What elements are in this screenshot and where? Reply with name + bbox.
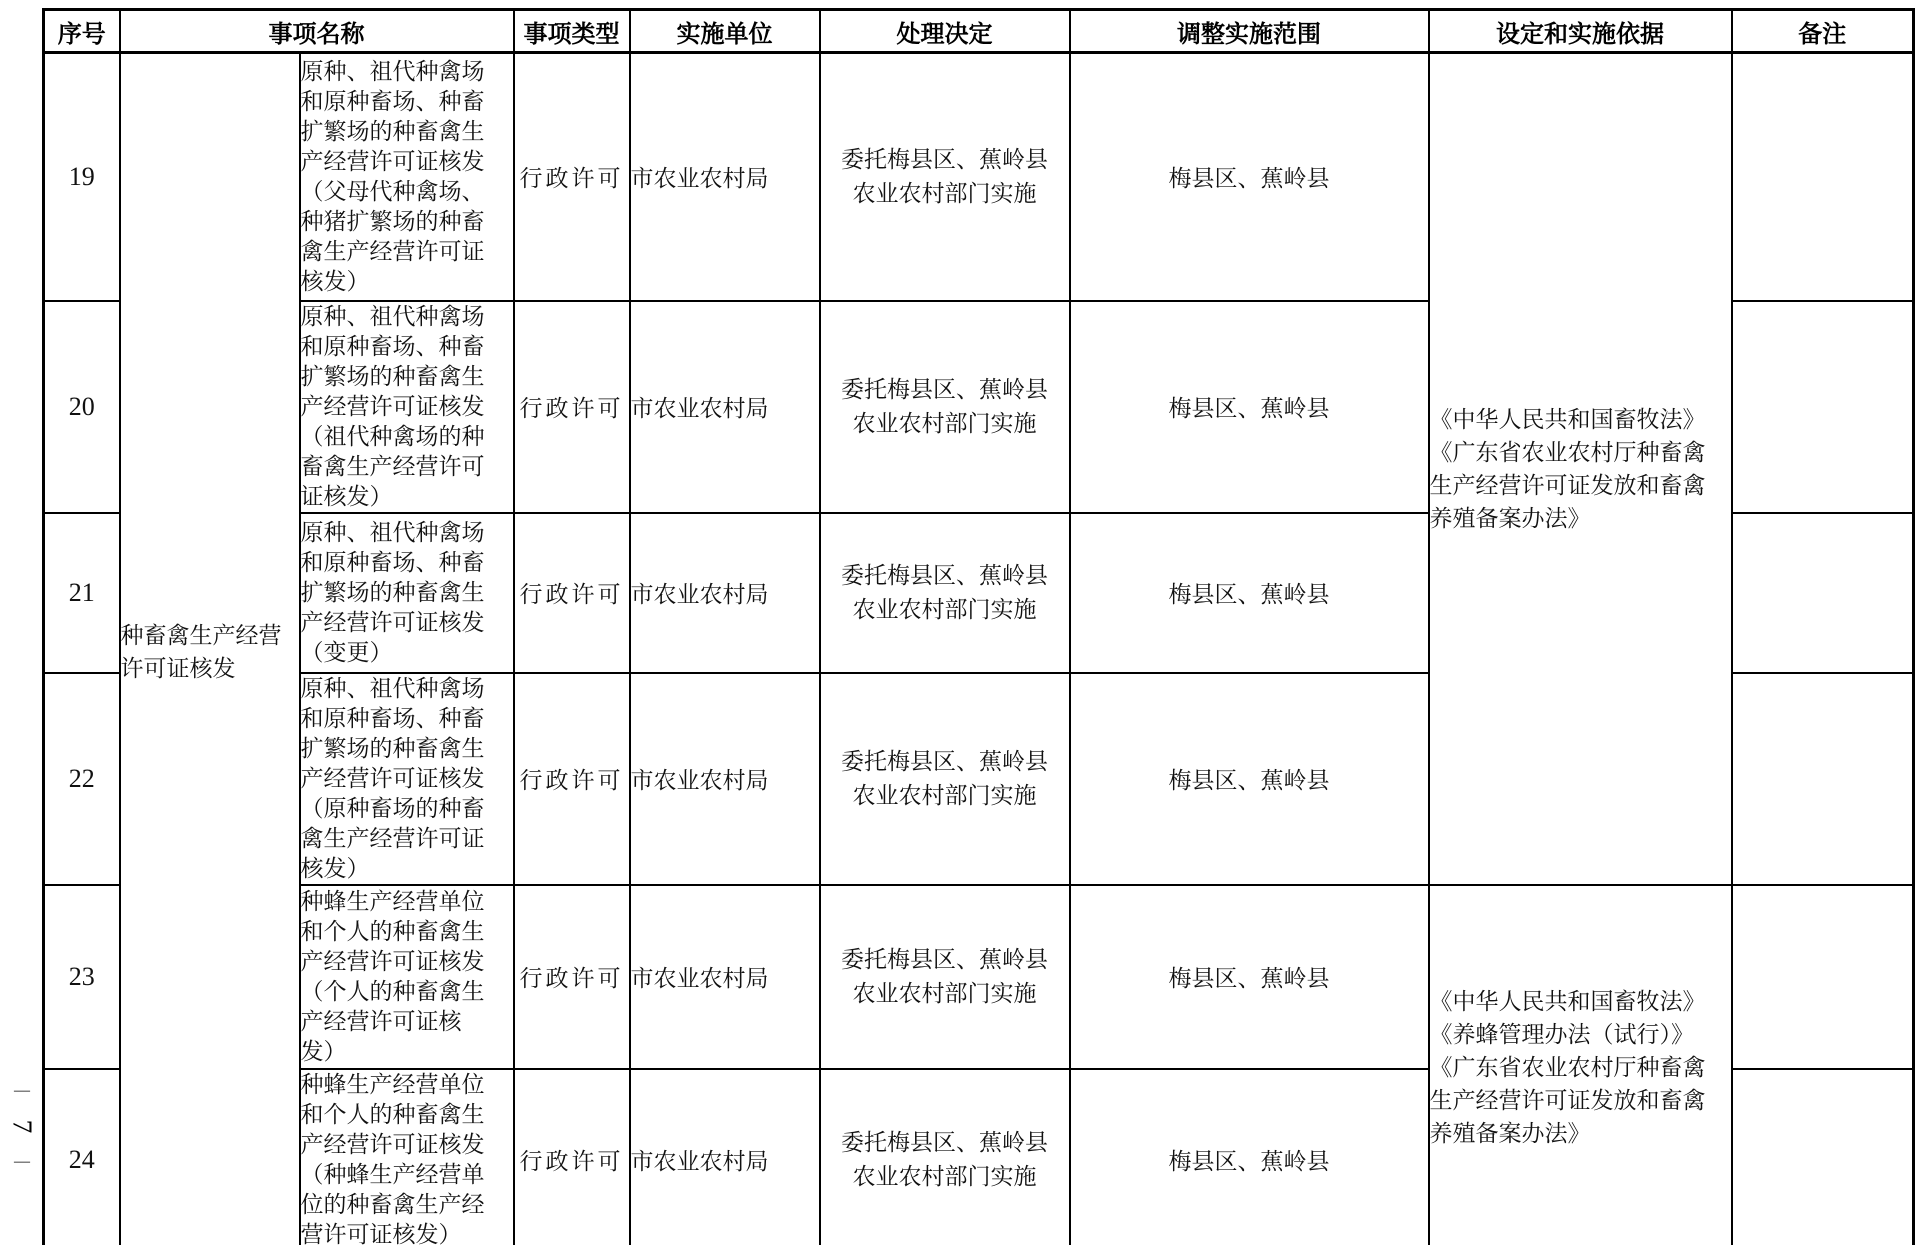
page-number: — 7 — (5, 1086, 39, 1167)
item-type-cell: 行政许可 (514, 301, 630, 513)
item-name-cell: 原种、祖代种禽场 和原种畜场、种畜 扩繁场的种畜禽生 产经营许可证核发 （原种畜… (300, 673, 514, 885)
implementing-unit-cell: 市农业农村局 (630, 1069, 820, 1245)
table-row: 19 种畜禽生产经营 许可证核发 原种、祖代种禽场 和原种畜场、种畜 扩繁场的种… (44, 53, 1914, 301)
header-item-type: 事项类型 (514, 10, 630, 53)
adjusted-scope-cell: 梅县区、蕉岭县 (1070, 301, 1429, 513)
remark-cell (1732, 885, 1914, 1069)
item-name-cell: 原种、祖代种禽场 和原种畜场、种畜 扩繁场的种畜禽生 产经营许可证核发 （祖代种… (300, 301, 514, 513)
item-type-cell: 行政许可 (514, 673, 630, 885)
seq-cell: 24 (44, 1069, 120, 1245)
header-implementing-unit: 实施单位 (630, 10, 820, 53)
page-number-dash-top: — (14, 1086, 30, 1096)
processing-decision-cell: 委托梅县区、蕉岭县 农业农村部门实施 (820, 885, 1070, 1069)
legal-basis-cell: 《中华人民共和国畜牧法》 《广东省农业农村厅种畜禽 生产经营许可证发放和畜禽 养… (1429, 53, 1732, 885)
implementing-unit-cell: 市农业农村局 (630, 53, 820, 301)
item-type-cell: 行政许可 (514, 513, 630, 673)
header-processing-decision: 处理决定 (820, 10, 1070, 53)
item-name-cell: 种蜂生产经营单位 和个人的种畜禽生 产经营许可证核发 （种蜂生产经营单 位的种畜… (300, 1069, 514, 1245)
processing-decision-cell: 委托梅县区、蕉岭县 农业农村部门实施 (820, 301, 1070, 513)
header-seq: 序号 (44, 10, 120, 53)
adjusted-scope-cell: 梅县区、蕉岭县 (1070, 673, 1429, 885)
seq-cell: 21 (44, 513, 120, 673)
implementing-unit-cell: 市农业农村局 (630, 673, 820, 885)
page-number-digit: 7 (9, 1120, 36, 1134)
processing-decision-cell: 委托梅县区、蕉岭县 农业农村部门实施 (820, 1069, 1070, 1245)
header-adjusted-scope: 调整实施范围 (1070, 10, 1429, 53)
item-type-cell: 行政许可 (514, 885, 630, 1069)
legal-basis-cell: 《中华人民共和国畜牧法》 《养蜂管理办法（试行）》 《广东省农业农村厅种畜禽 生… (1429, 885, 1732, 1245)
table-row: 23 种蜂生产经营单位 和个人的种畜禽生 产经营许可证核发 （个人的种畜禽生 产… (44, 885, 1914, 1069)
seq-cell: 23 (44, 885, 120, 1069)
remark-cell (1732, 53, 1914, 301)
item-name-cell: 种蜂生产经营单位 和个人的种畜禽生 产经营许可证核发 （个人的种畜禽生 产经营许… (300, 885, 514, 1069)
processing-decision-cell: 委托梅县区、蕉岭县 农业农村部门实施 (820, 513, 1070, 673)
adjusted-scope-cell: 梅县区、蕉岭县 (1070, 1069, 1429, 1245)
header-item-name: 事项名称 (120, 10, 514, 53)
implementing-unit-cell: 市农业农村局 (630, 301, 820, 513)
processing-decision-cell: 委托梅县区、蕉岭县 农业农村部门实施 (820, 673, 1070, 885)
remark-cell (1732, 513, 1914, 673)
seq-cell: 20 (44, 301, 120, 513)
implementing-unit-cell: 市农业农村局 (630, 513, 820, 673)
processing-decision-cell: 委托梅县区、蕉岭县 农业农村部门实施 (820, 53, 1070, 301)
administrative-items-table: 序号 事项名称 事项类型 实施单位 处理决定 调整实施范围 设定和实施依据 备注… (42, 8, 1915, 1245)
item-type-cell: 行政许可 (514, 53, 630, 301)
seq-cell: 22 (44, 673, 120, 885)
header-legal-basis: 设定和实施依据 (1429, 10, 1732, 53)
item-name-cell: 原种、祖代种禽场 和原种畜场、种畜 扩繁场的种畜禽生 产经营许可证核发 （变更） (300, 513, 514, 673)
adjusted-scope-cell: 梅县区、蕉岭县 (1070, 513, 1429, 673)
item-name-cell: 原种、祖代种禽场 和原种畜场、种畜 扩繁场的种畜禽生 产经营许可证核发 （父母代… (300, 53, 514, 301)
adjusted-scope-cell: 梅县区、蕉岭县 (1070, 53, 1429, 301)
page-number-dash-bottom: — (14, 1157, 30, 1167)
implementing-unit-cell: 市农业农村局 (630, 885, 820, 1069)
item-type-cell: 行政许可 (514, 1069, 630, 1245)
group-name-cell: 种畜禽生产经营 许可证核发 (120, 53, 300, 1245)
remark-cell (1732, 1069, 1914, 1245)
adjusted-scope-cell: 梅县区、蕉岭县 (1070, 885, 1429, 1069)
remark-cell (1732, 301, 1914, 513)
header-remark: 备注 (1732, 10, 1914, 53)
remark-cell (1732, 673, 1914, 885)
header-row: 序号 事项名称 事项类型 实施单位 处理决定 调整实施范围 设定和实施依据 备注 (44, 10, 1914, 53)
seq-cell: 19 (44, 53, 120, 301)
